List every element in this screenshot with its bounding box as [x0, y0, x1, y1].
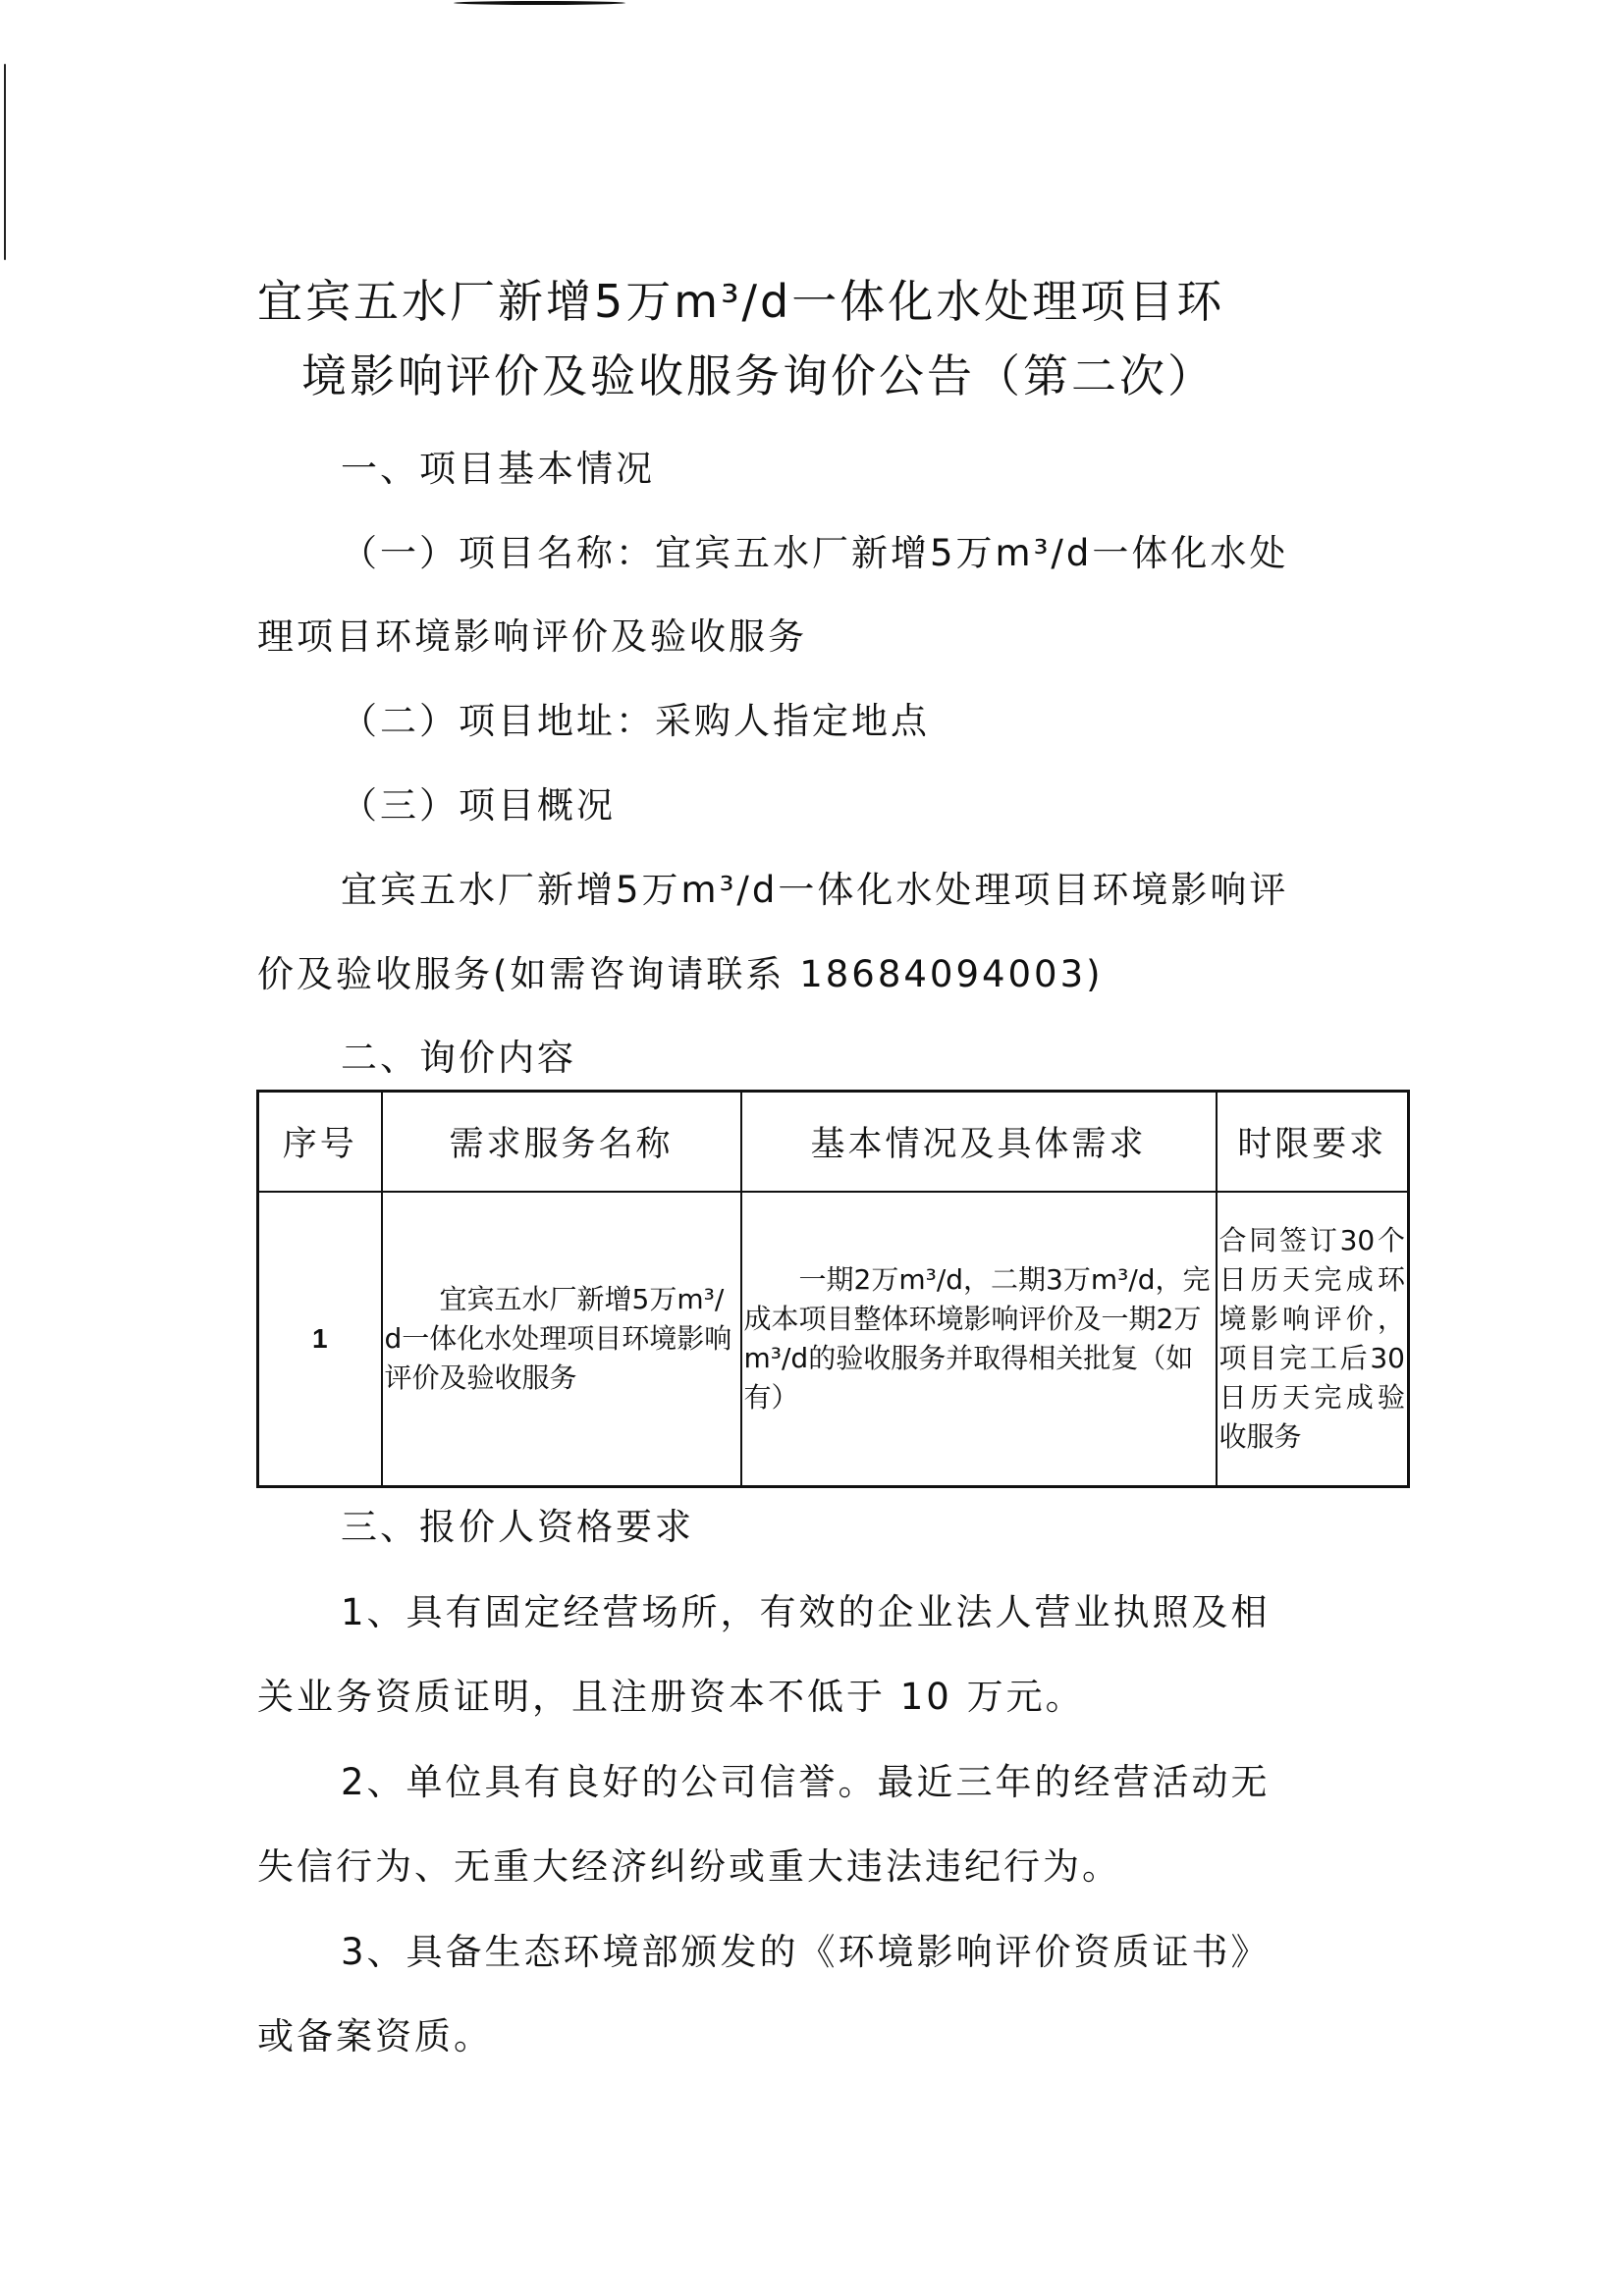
section-2-heading: 二、询价内容	[257, 1028, 1440, 1081]
project-overview-heading: （三）项目概况	[257, 775, 1440, 828]
qualification-1-line-1: 1、具有固定经营场所，有效的企业法人营业执照及相	[257, 1582, 1440, 1635]
inquiry-table: 序号 需求服务名称 基本情况及具体需求 时限要求 1 宜宾五水厂新增5万m³/d…	[256, 1090, 1410, 1488]
section-1-heading: 一、项目基本情况	[257, 439, 1440, 492]
title-line-1: 宜宾五水厂新增5万m³/d一体化水处理项目环	[257, 264, 1377, 339]
section-3-heading: 三、报价人资格要求	[257, 1497, 1440, 1550]
project-address: （二）项目地址：采购人指定地点	[257, 691, 1440, 744]
header-requirements: 基本情况及具体需求	[741, 1092, 1217, 1193]
title-line-2: 境影响评价及验收服务询价公告（第二次）	[257, 339, 1377, 413]
scan-artifact-top	[454, 1, 625, 5]
header-serial-no: 序号	[258, 1092, 382, 1193]
project-overview-line-1: 宜宾五水厂新增5万m³/d一体化水处理项目环境影响评	[257, 860, 1440, 913]
qualification-3-line-1: 3、具备生态环境部颁发的《环境影响评价资质证书》	[257, 1922, 1440, 1975]
qualification-2-line-2: 失信行为、无重大经济纠纷或重大违法违纪行为。	[257, 1837, 1357, 1890]
document-title: 宜宾五水厂新增5万m³/d一体化水处理项目环 境影响评价及验收服务询价公告（第二…	[257, 264, 1377, 413]
header-service-name: 需求服务名称	[382, 1092, 741, 1193]
scan-artifact-left	[4, 64, 6, 260]
cell-time-limit: 合同签订30个日历天完成环境影响评价，项目完工后30日历天完成验收服务	[1217, 1192, 1409, 1487]
cell-serial-no: 1	[258, 1192, 382, 1487]
project-name-line-1: （一）项目名称：宜宾五水厂新增5万m³/d一体化水处	[257, 523, 1440, 576]
project-name-line-2: 理项目环境影响评价及验收服务	[257, 607, 1357, 660]
cell-requirements: 一期2万m³/d，二期3万m³/d，完成本项目整体环境影响评价及一期2万m³/d…	[741, 1192, 1217, 1487]
header-time-limit: 时限要求	[1217, 1092, 1409, 1193]
qualification-2-line-1: 2、单位具有良好的公司信誉。最近三年的经营活动无	[257, 1752, 1440, 1805]
table-row: 1 宜宾五水厂新增5万m³/d一体化水处理项目环境影响评价及验收服务 一期2万m…	[258, 1192, 1409, 1487]
project-overview-line-2: 价及验收服务(如需咨询请联系 18684094003)	[257, 944, 1357, 997]
qualification-1-line-2: 关业务资质证明，且注册资本不低于 10 万元。	[257, 1667, 1357, 1720]
qualification-3-line-2: 或备案资质。	[257, 2006, 1357, 2059]
table-header-row: 序号 需求服务名称 基本情况及具体需求 时限要求	[258, 1092, 1409, 1193]
cell-service-name: 宜宾五水厂新增5万m³/d一体化水处理项目环境影响评价及验收服务	[382, 1192, 741, 1487]
